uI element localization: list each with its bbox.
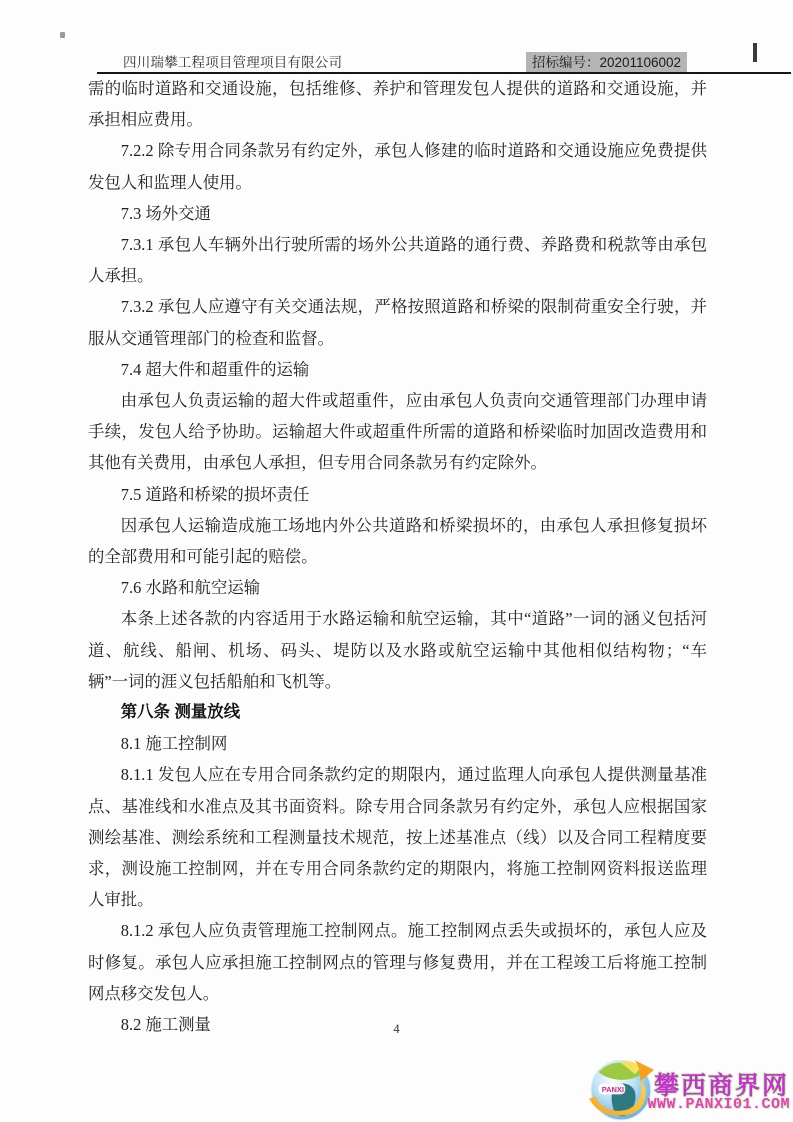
body-paragraph: 8.1 施工控制网 (88, 728, 707, 759)
scan-artifact (753, 43, 757, 62)
scan-artifact (60, 32, 65, 38)
body-paragraph: 7.2.2 除专用合同条款另有约定外，承包人修建的临时道路和交通设施应免费提供发… (88, 135, 707, 197)
tender-number-shaded: 招标编号：20201106002 (526, 52, 687, 73)
body-paragraph: 7.3.2 承包人应遵守有关交通法规，严格按照道路和桥梁的限制荷重安全行驶，并服… (88, 291, 707, 353)
body-paragraph: 因承包人运输造成施工场地内外公共道路和桥梁损坏的，由承包人承担修复损坏的全部费用… (88, 510, 707, 572)
page-number: 4 (0, 1022, 793, 1037)
body-paragraph: 7.3.1 承包人车辆外出行驶所需的场外公共道路的通行费、养路费和税款等由承包人… (88, 229, 707, 291)
header-company-name: 四川瑞攀工程项目管理项目有限公司 (123, 51, 342, 71)
body-paragraph: 本条上述各款的内容适用于水路运输和航空运输，其中“道路”一词的涵义包括河道、航线… (88, 603, 707, 697)
body-paragraph: 由承包人负责运输的超大件或超重件，应由承包人负责向交通管理部门办理申请手续，发包… (88, 385, 707, 479)
document-body: 需的临时道路和交通设施，包括维修、养护和管理发包人提供的道路和交通设施，并承担相… (88, 73, 707, 1040)
body-paragraph: 8.1.1 发包人应在专用合同条款约定的期限内，通过监理人向承包人提供测量基准点… (88, 759, 707, 915)
document-page: 四川瑞攀工程项目管理项目有限公司 招标编号：20201106002 需的临时道路… (0, 0, 793, 1122)
body-paragraph: 7.4 超大件和超重件的运输 (88, 354, 707, 385)
body-paragraph: 需的临时道路和交通设施，包括维修、养护和管理发包人提供的道路和交通设施，并承担相… (88, 73, 707, 135)
section-heading: 第八条 测量放线 (88, 697, 707, 728)
watermark-site-url: WWW.PANXI01.COM (647, 1096, 790, 1113)
body-paragraph: 7.3 场外交通 (88, 198, 707, 229)
panxi-watermark: PANXI 攀西商界网 WWW.PANXI01.COM (578, 1054, 793, 1122)
svg-text:PANXI: PANXI (602, 1085, 624, 1094)
body-paragraph: 7.6 水路和航空运输 (88, 572, 707, 603)
body-paragraph: 7.5 道路和桥梁的损坏责任 (88, 479, 707, 510)
body-paragraph: 8.1.2 承包人应负责管理施工控制网点。施工控制网点丢失或损坏的，承包人应及时… (88, 915, 707, 1009)
